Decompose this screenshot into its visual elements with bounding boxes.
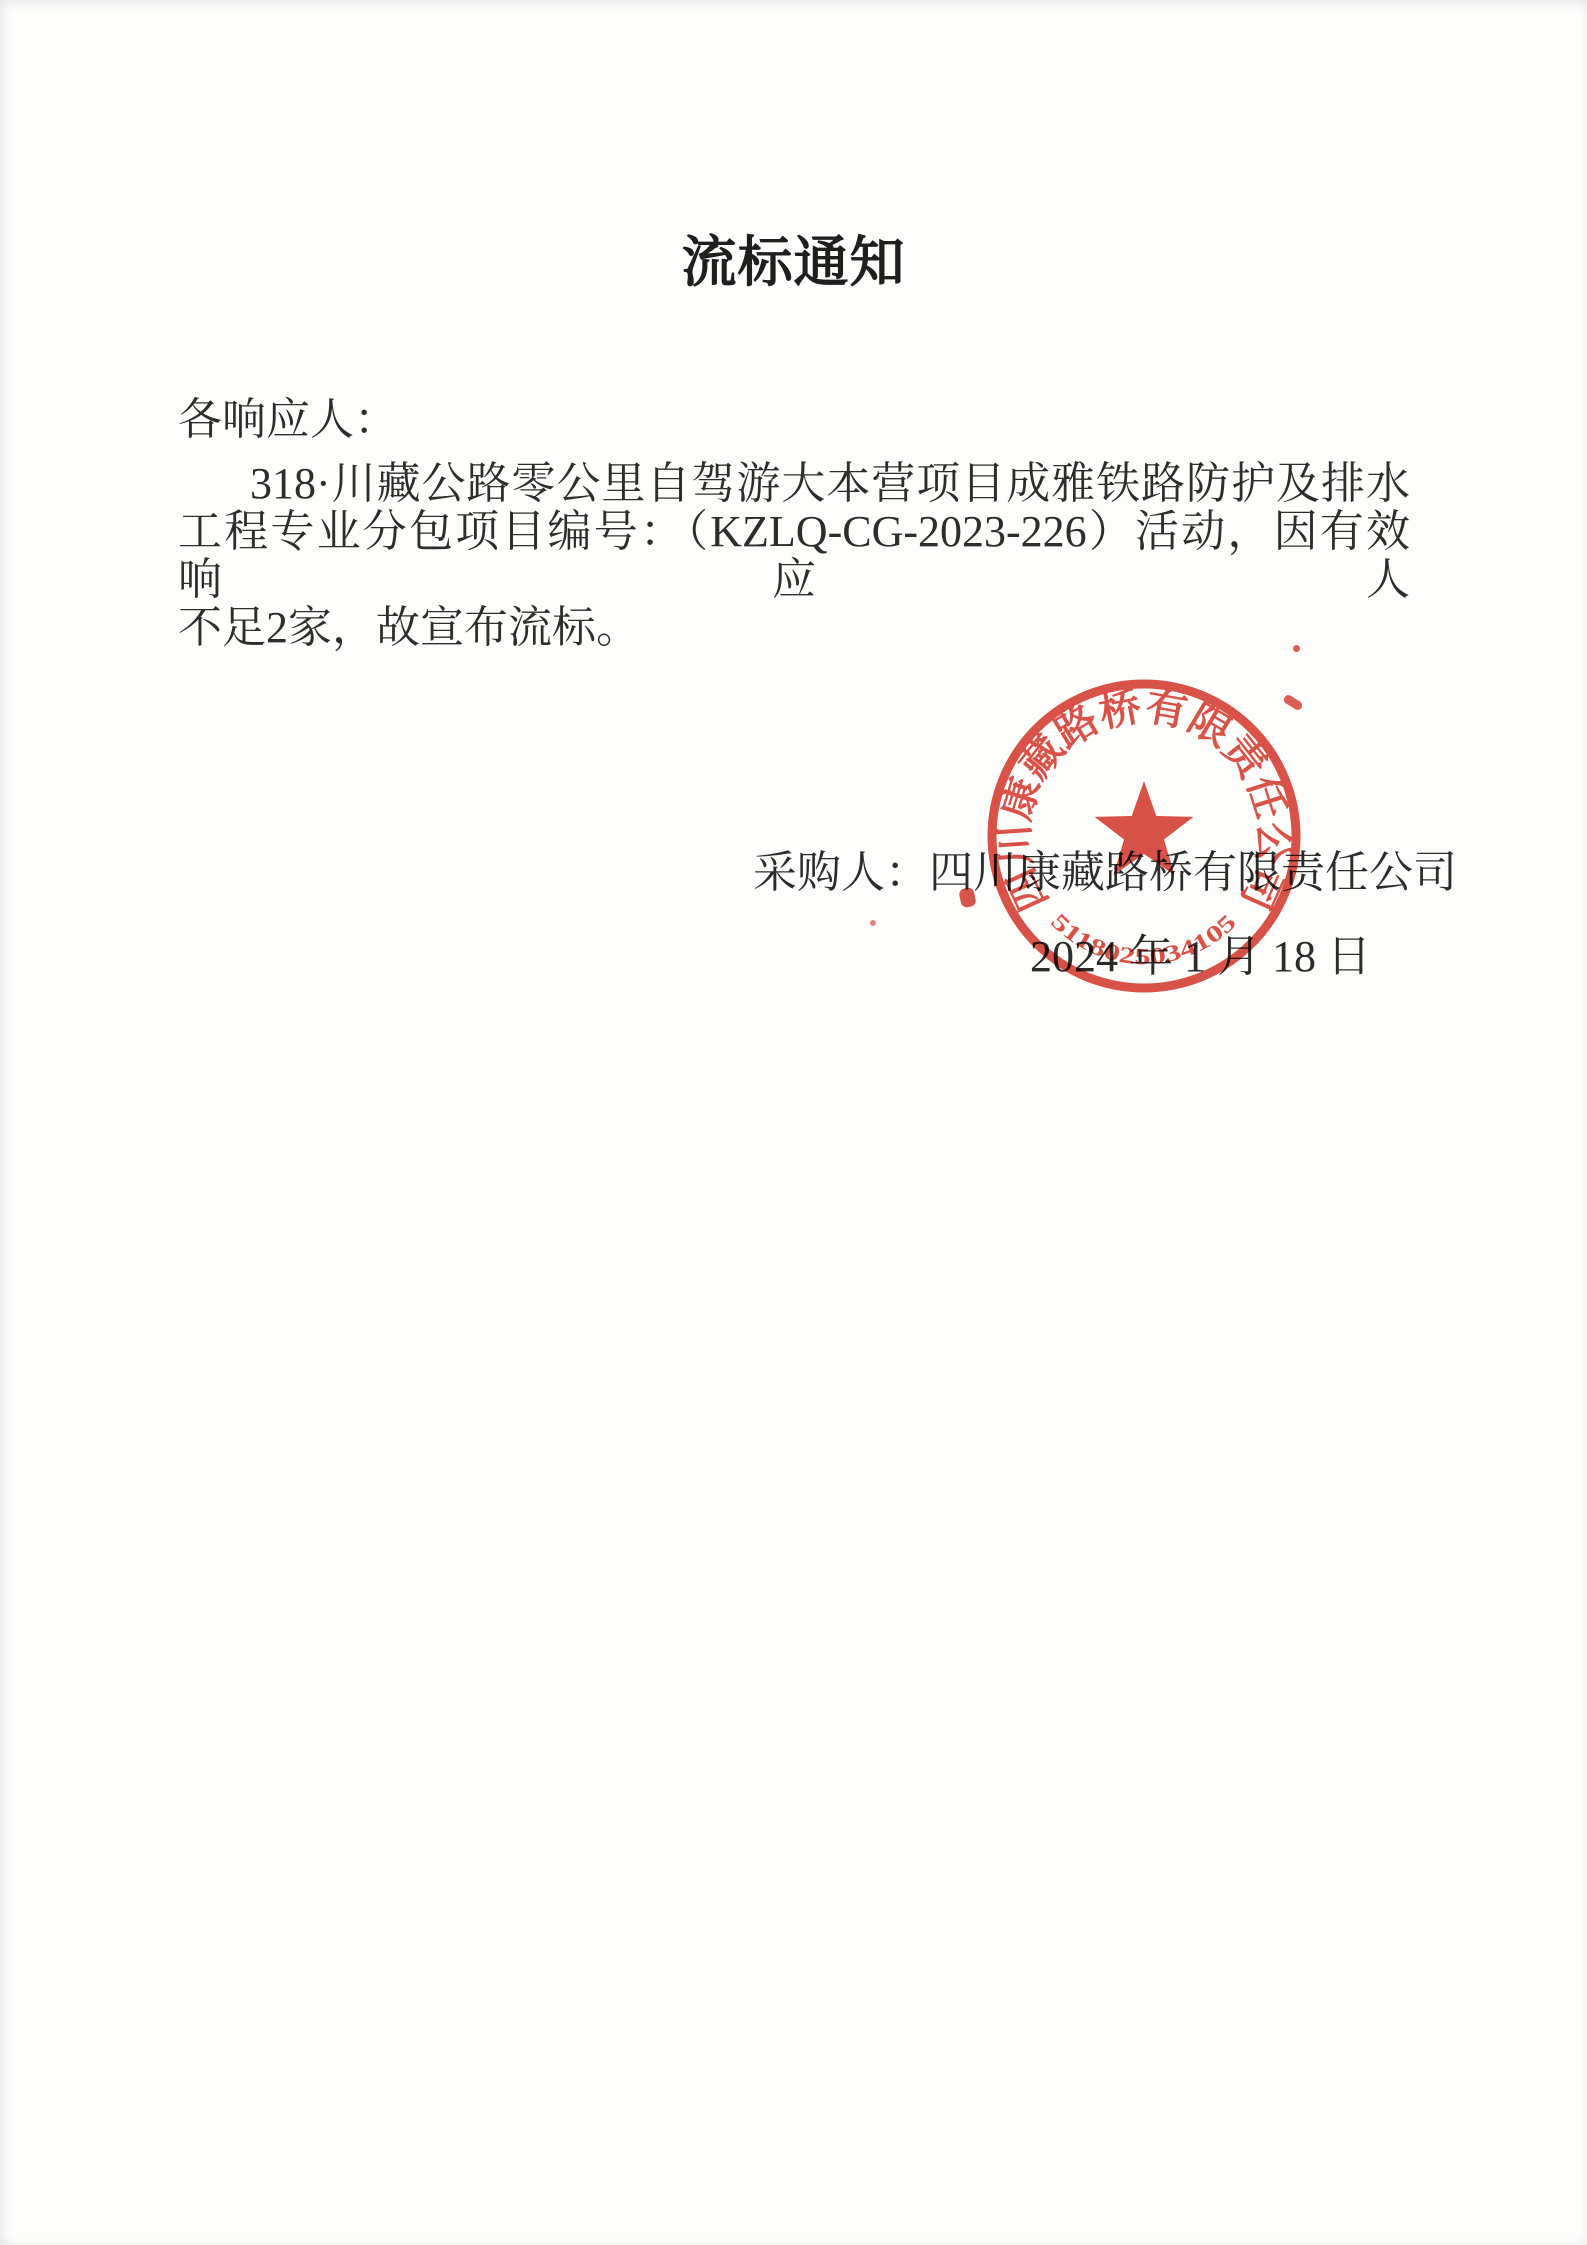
document-title: 流标通知 <box>0 218 1587 297</box>
scanned-document-page: 流标通知 各响应人： 318·川藏公路零公里自驾游大本营项目成雅铁路防护及排水 … <box>0 0 1587 2245</box>
ink-speck <box>1293 645 1300 652</box>
seal-code-number: 5118025034105 <box>1046 909 1241 970</box>
body-paragraph: 318·川藏公路零公里自驾游大本营项目成雅铁路防护及排水 工程专业分包项目编号：… <box>178 460 1410 652</box>
paragraph-line-3: 不足2家，故宣布流标。 <box>178 604 1410 652</box>
paragraph-line-1: 318·川藏公路零公里自驾游大本营项目成雅铁路防护及排水 <box>178 460 1410 508</box>
company-seal-stamp: 四川康藏路桥有限责任公司 5118025034105 <box>987 679 1301 993</box>
salutation-line: 各响应人： <box>178 396 398 444</box>
paragraph-line-2: 工程专业分包项目编号：（KZLQ-CG-2023-226）活动，因有效响应人 <box>178 508 1410 604</box>
seal-star-icon <box>1095 781 1194 875</box>
ink-speck <box>870 920 876 926</box>
